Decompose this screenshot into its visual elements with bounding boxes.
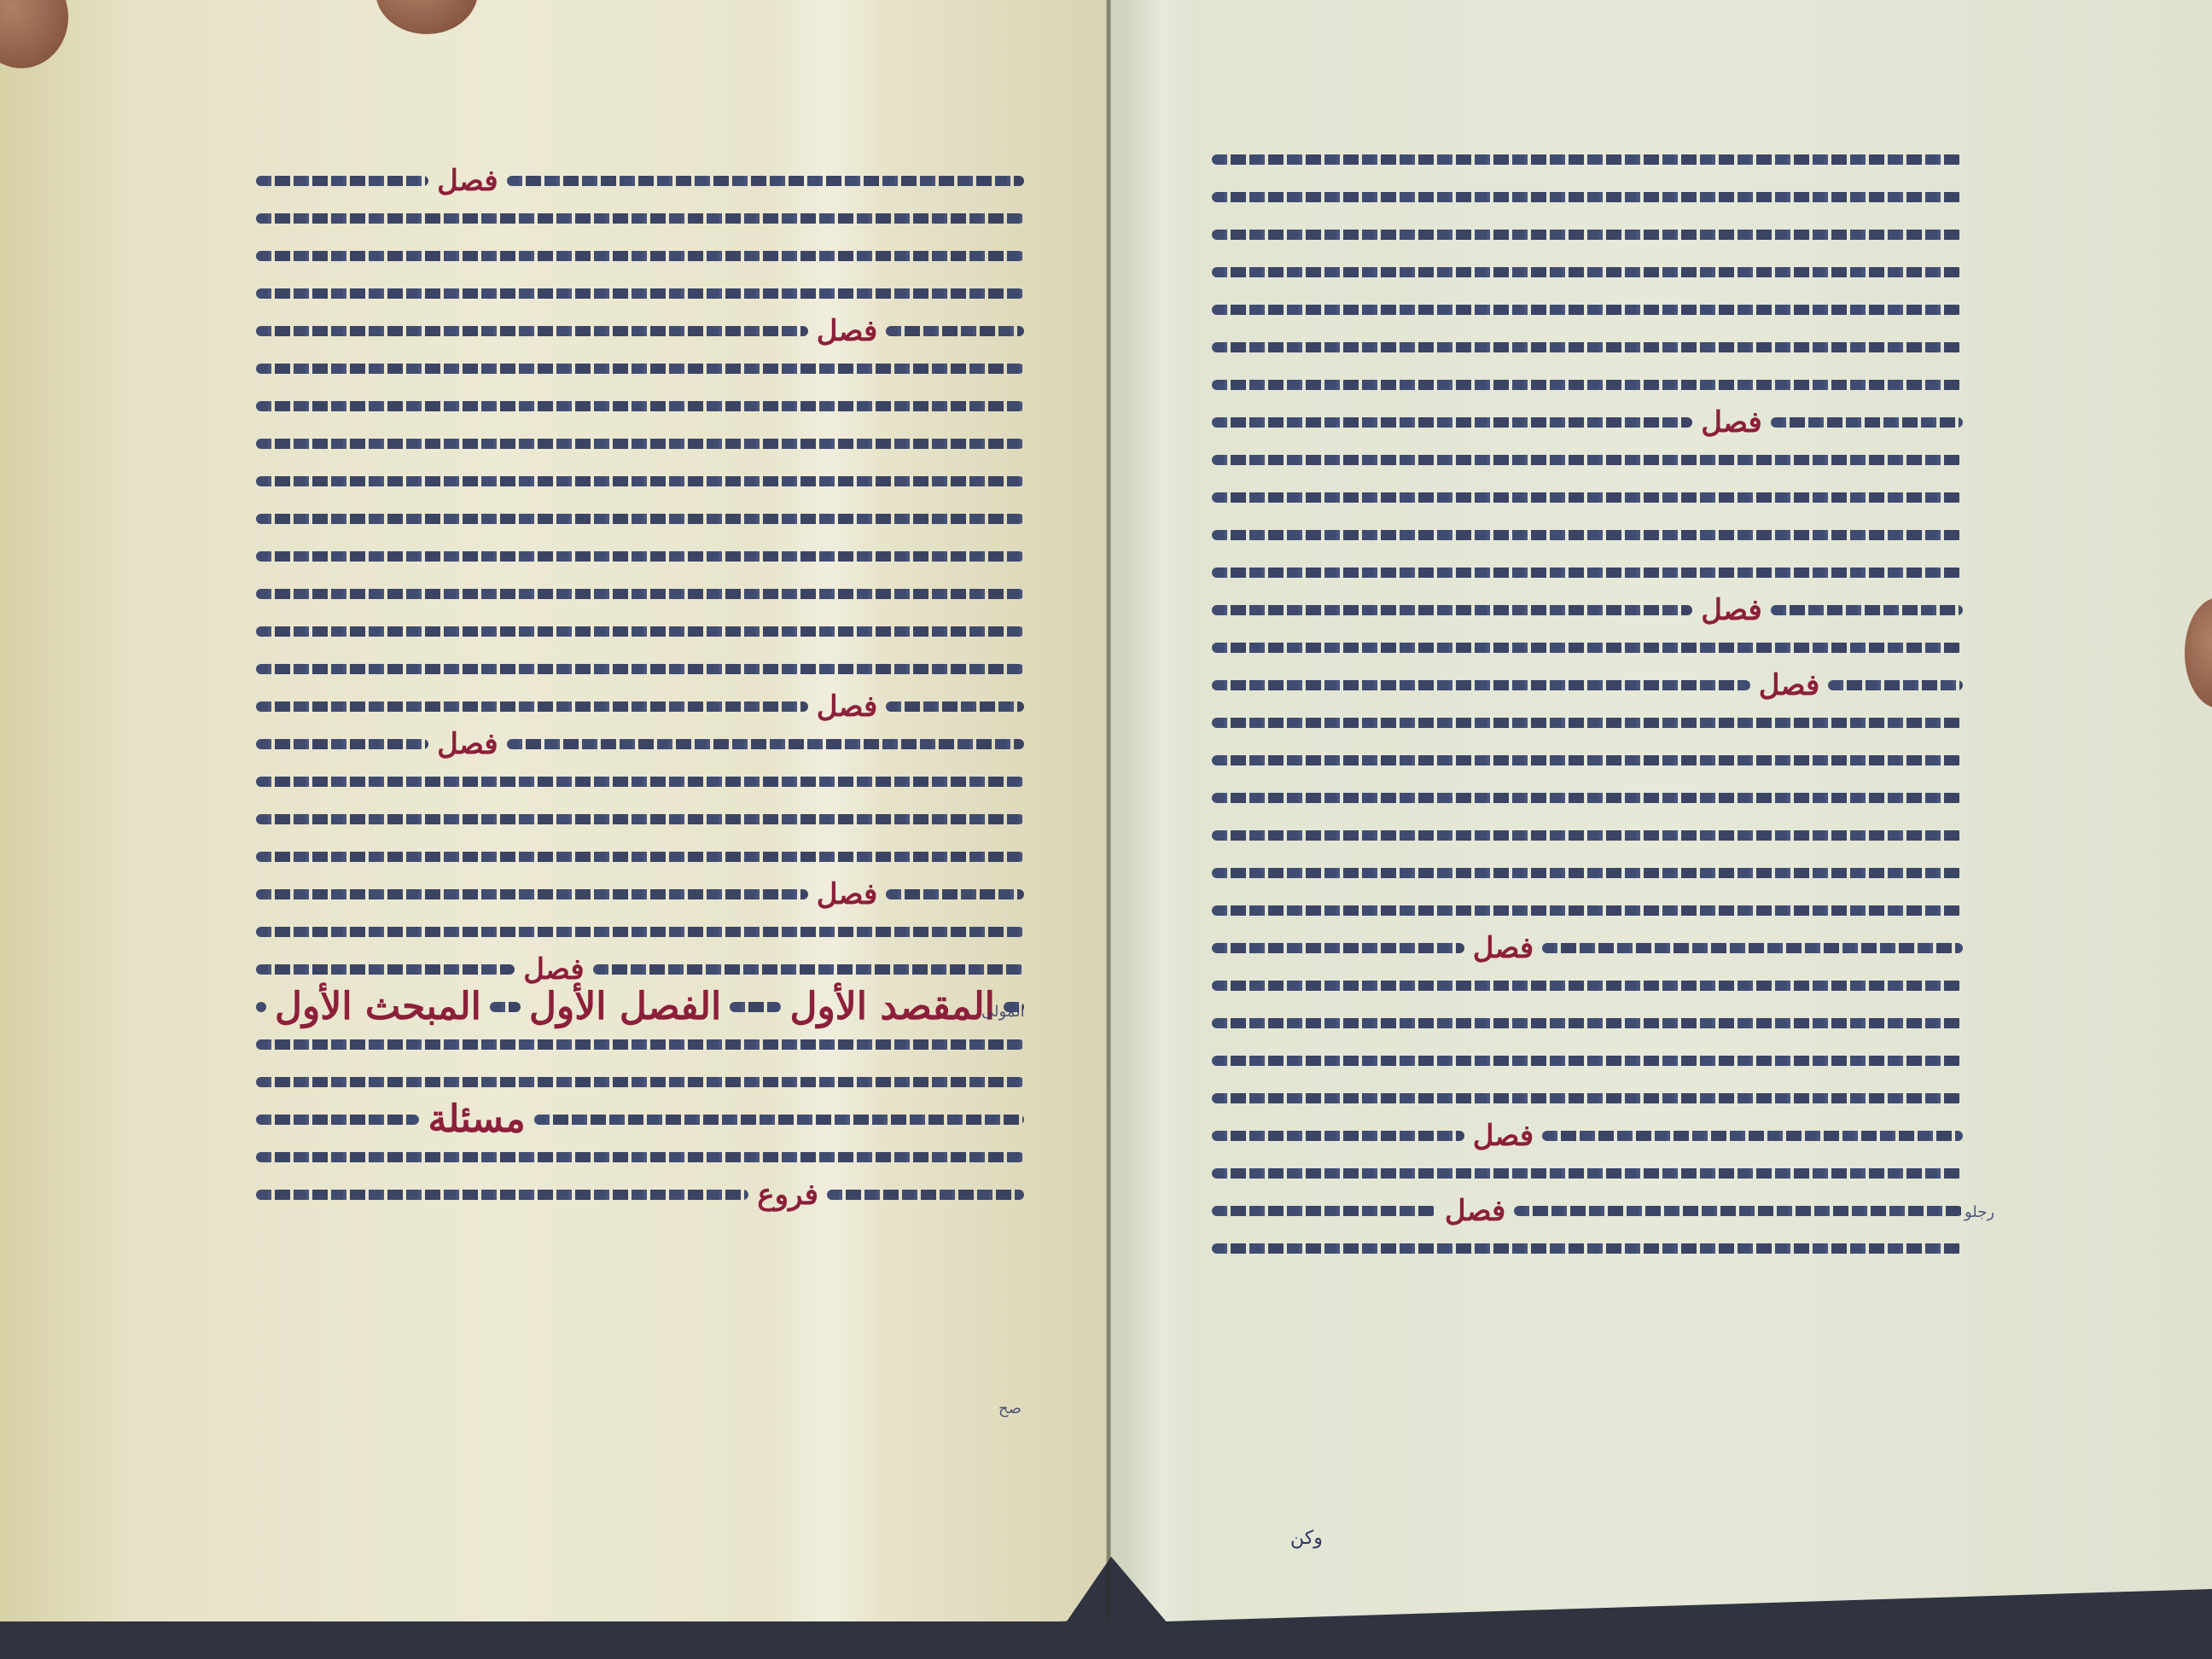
ink-text [1212, 455, 1963, 465]
manuscript-line [1212, 554, 1963, 591]
manuscript-line [1212, 1155, 1963, 1192]
ink-text [1212, 1243, 1963, 1254]
ink-text [1212, 1093, 1963, 1103]
ink-text [256, 1190, 748, 1200]
ink-text [256, 1152, 1024, 1162]
manuscript-line [1212, 1004, 1963, 1042]
light-reflection [1128, 0, 1196, 1621]
manuscript-line [1212, 216, 1963, 253]
rubric-heading: مسئلة [428, 1101, 525, 1138]
manuscript-line [1212, 516, 1963, 554]
ink-text [1212, 1206, 1436, 1216]
manuscript-line [1212, 779, 1963, 817]
ink-text [256, 927, 1024, 937]
ink-text [1514, 1206, 1963, 1216]
ink-text [730, 1002, 781, 1012]
manuscript-line: فصل [1212, 929, 1963, 967]
manuscript-photo: فصلفصلفصلفصلفصلفصلالمقصد الأولالفصل الأو… [0, 0, 2212, 1659]
manuscript-line [256, 613, 1024, 650]
right-page-text-block: فصلفصلفصلفصلفصلفصل [1212, 141, 1963, 1267]
ink-text [256, 251, 1024, 261]
ink-text [1212, 830, 1963, 841]
ink-text [1828, 680, 1963, 690]
ink-text [256, 852, 1024, 862]
ink-text [1212, 342, 1963, 352]
catchword: وكن [1290, 1528, 1323, 1549]
ink-text [256, 514, 1024, 524]
ink-text [256, 551, 1024, 562]
manuscript-line: فصل [256, 951, 1024, 988]
ink-text [1212, 417, 1692, 428]
ink-text [1212, 1168, 1963, 1179]
ink-text [256, 213, 1024, 224]
manuscript-line: فصل [256, 162, 1024, 200]
manuscript-line [256, 387, 1024, 425]
ink-text [256, 664, 1024, 674]
ink-text [1542, 943, 1963, 953]
manuscript-line: مسئلة [256, 1101, 1024, 1138]
rubric-heading: فصل [1701, 596, 1762, 625]
margin-note: المولى [981, 1003, 1025, 1021]
rubric-heading: فصل [817, 692, 878, 721]
manuscript-line [256, 650, 1024, 688]
ink-text [1212, 680, 1750, 690]
ink-text [256, 176, 428, 186]
rubric-heading: المبحث الأول [275, 988, 481, 1026]
manuscript-line [1212, 366, 1963, 404]
rubric-heading: فصل [1759, 671, 1820, 700]
ink-text [256, 889, 808, 899]
ink-text [1212, 755, 1963, 765]
manuscript-line [256, 425, 1024, 463]
ink-text [256, 626, 1024, 637]
manuscript-line: فصل [1212, 667, 1963, 704]
ink-text [1212, 793, 1963, 803]
rubric-heading: الفصل الأول [529, 988, 721, 1026]
ink-text [256, 1002, 266, 1012]
left-page: فصلفصلفصلفصلفصلفصلالمقصد الأولالفصل الأو… [0, 0, 1111, 1621]
manuscript-line [256, 500, 1024, 538]
manuscript-line [1212, 291, 1963, 329]
ink-text [1771, 605, 1963, 615]
manuscript-line [1212, 253, 1963, 291]
ink-text [1212, 267, 1963, 277]
ink-text [1212, 1056, 1963, 1066]
manuscript-line [256, 237, 1024, 275]
manuscript-line [1212, 704, 1963, 742]
left-page-text-block: فصلفصلفصلفصلفصلفصلالمقصد الأولالفصل الأو… [256, 162, 1024, 1214]
rubric-heading: فصل [1445, 1196, 1506, 1225]
manuscript-line [256, 1063, 1024, 1101]
rubric-heading: فصل [1473, 1121, 1534, 1150]
ink-text [1212, 905, 1963, 916]
ink-text [886, 889, 1024, 899]
ink-text [256, 701, 808, 712]
ink-text [256, 364, 1024, 374]
margin-note: صح [998, 1400, 1022, 1417]
rubric-heading: فصل [437, 730, 498, 759]
manuscript-line [1212, 967, 1963, 1004]
manuscript-line [1212, 892, 1963, 929]
ink-text [593, 964, 1024, 975]
ink-text [256, 401, 1024, 411]
ink-text [1212, 718, 1963, 728]
manuscript-line [1212, 1080, 1963, 1117]
ink-text [1212, 1131, 1464, 1141]
manuscript-line: فصل [1212, 1117, 1963, 1155]
manuscript-line [1212, 178, 1963, 216]
rubric-heading: المقصد الأول [789, 988, 994, 1026]
manuscript-line [1212, 479, 1963, 516]
ink-text [256, 739, 428, 749]
manuscript-line: فصل [256, 876, 1024, 913]
manuscript-line: فصل [1212, 1192, 1963, 1230]
ink-text [256, 476, 1024, 486]
manuscript-line [256, 800, 1024, 838]
right-page: فصلفصلفصلفصلفصلفصل رجلو وكن [1111, 0, 2212, 1621]
manuscript-line [1212, 141, 1963, 178]
manuscript-line [256, 350, 1024, 387]
manuscript-line [256, 838, 1024, 876]
ink-text [507, 176, 1024, 186]
ink-text [886, 326, 1024, 336]
manuscript-line [256, 763, 1024, 800]
manuscript-line [1212, 629, 1963, 667]
manuscript-line [256, 1026, 1024, 1063]
ink-text [256, 777, 1024, 787]
ink-text [1212, 605, 1692, 615]
ink-text [1212, 568, 1963, 578]
ink-text [1212, 492, 1963, 503]
ink-text [827, 1190, 1024, 1200]
ink-text [886, 701, 1024, 712]
ink-text [1212, 981, 1963, 991]
rubric-heading: فصل [437, 166, 498, 195]
ink-text [1542, 1131, 1963, 1141]
rubric-heading: فصل [523, 955, 585, 984]
manuscript-line [1212, 1042, 1963, 1080]
manuscript-line: فصل [256, 725, 1024, 763]
manuscript-line [256, 538, 1024, 575]
ink-text [490, 1002, 521, 1012]
manuscript-line: فصل [256, 312, 1024, 350]
ink-text [1212, 868, 1963, 878]
ink-text [256, 814, 1024, 824]
manuscript-line [1212, 1230, 1963, 1267]
manuscript-line [256, 200, 1024, 237]
rubric-heading: فصل [1473, 934, 1534, 963]
ink-text [1212, 154, 1963, 165]
ink-text [1771, 417, 1963, 428]
ink-text [534, 1115, 1024, 1125]
manuscript-line: فصل [1212, 591, 1963, 629]
manuscript-line [256, 1138, 1024, 1176]
ink-text [1212, 1018, 1963, 1028]
ink-text [1212, 230, 1963, 240]
manuscript-line [256, 463, 1024, 500]
manuscript-line [1212, 854, 1963, 892]
manuscript-line [256, 275, 1024, 312]
ink-text [256, 1077, 1024, 1087]
manuscript-line: المقصد الأولالفصل الأولالمبحث الأول [256, 988, 1024, 1026]
ink-text [1212, 643, 1963, 653]
manuscript-line [256, 575, 1024, 613]
rubric-heading: فصل [1701, 408, 1762, 437]
ink-text [256, 288, 1024, 299]
book-gutter [1106, 0, 1111, 1621]
ink-text [1212, 943, 1464, 953]
manuscript-line: فصل [256, 688, 1024, 725]
ink-text [256, 439, 1024, 449]
ink-text [1212, 380, 1963, 390]
rubric-heading: فصل [817, 880, 878, 909]
manuscript-line: فصل [1212, 404, 1963, 441]
ink-text [256, 326, 808, 336]
ink-text [256, 1115, 419, 1125]
manuscript-line [1212, 441, 1963, 479]
manuscript-line [1212, 742, 1963, 779]
ink-text [1212, 305, 1963, 315]
margin-note: رجلو [1965, 1203, 1994, 1221]
ink-text [256, 1039, 1024, 1050]
manuscript-line [1212, 329, 1963, 366]
manuscript-line: فروع [256, 1176, 1024, 1214]
ink-text [256, 964, 515, 975]
manuscript-line [256, 913, 1024, 951]
manuscript-line [1212, 817, 1963, 854]
ink-text [1212, 530, 1963, 540]
ink-text [1212, 192, 1963, 202]
rubric-heading: فصل [817, 317, 878, 346]
ink-text [256, 589, 1024, 599]
ink-text [507, 739, 1024, 749]
rubric-heading: فروع [757, 1180, 818, 1209]
